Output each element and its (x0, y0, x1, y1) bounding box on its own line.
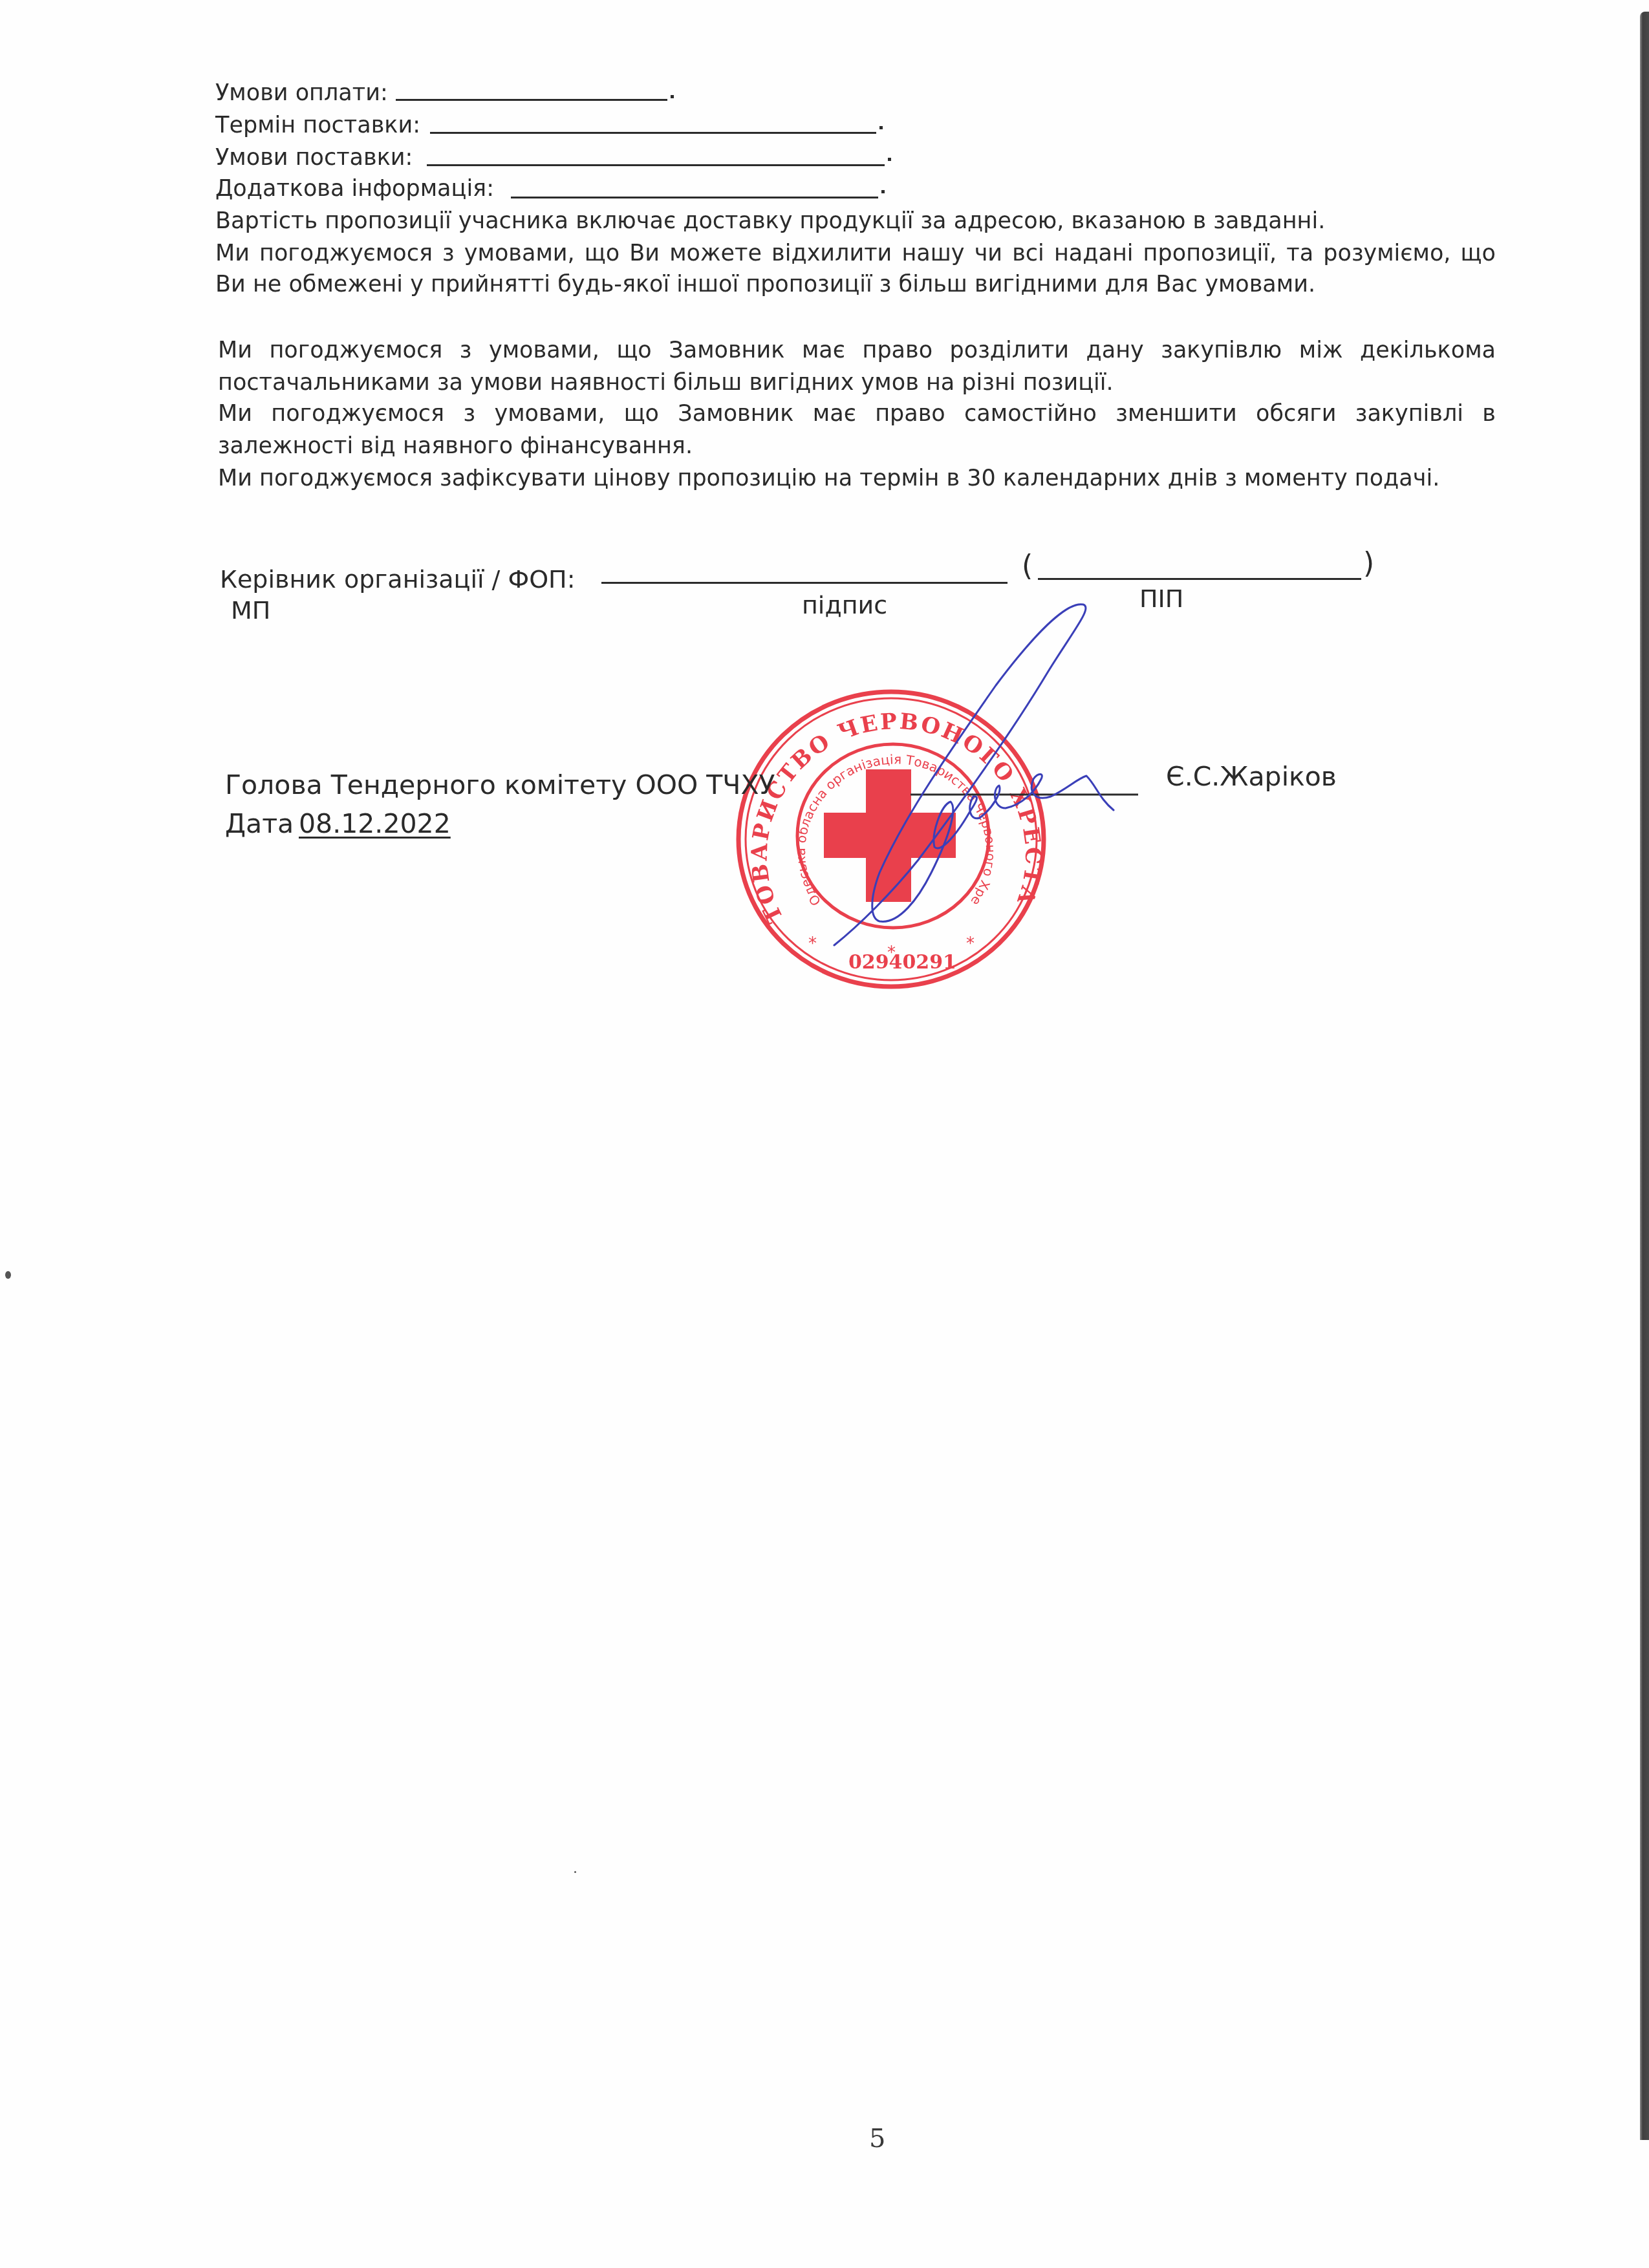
date-label: Дата (225, 808, 294, 839)
svg-text:*: * (808, 934, 817, 954)
page-number: 5 (869, 2124, 885, 2154)
stamp-and-signature: ТОВАРИСТВО ЧЕРВОНОГО ХРЕСТА Одеська обла… (0, 0, 1649, 2268)
svg-text:*: * (966, 934, 975, 954)
red-cross-stamp: ТОВАРИСТВО ЧЕРВОНОГО ХРЕСТА Одеська обла… (0, 0, 1046, 987)
svg-text:*: * (887, 943, 896, 963)
committee-head-name: Є.С.Жаріков (1166, 761, 1337, 792)
document-page: Умови оплати: Термін поставки: Умови пос… (0, 0, 1649, 2268)
committee-head-label: Голова Тендерного комітету ООО ТЧХУ (225, 769, 775, 800)
date-value: 08.12.2022 (299, 808, 451, 839)
stamp-code: 02940291 (848, 951, 956, 974)
